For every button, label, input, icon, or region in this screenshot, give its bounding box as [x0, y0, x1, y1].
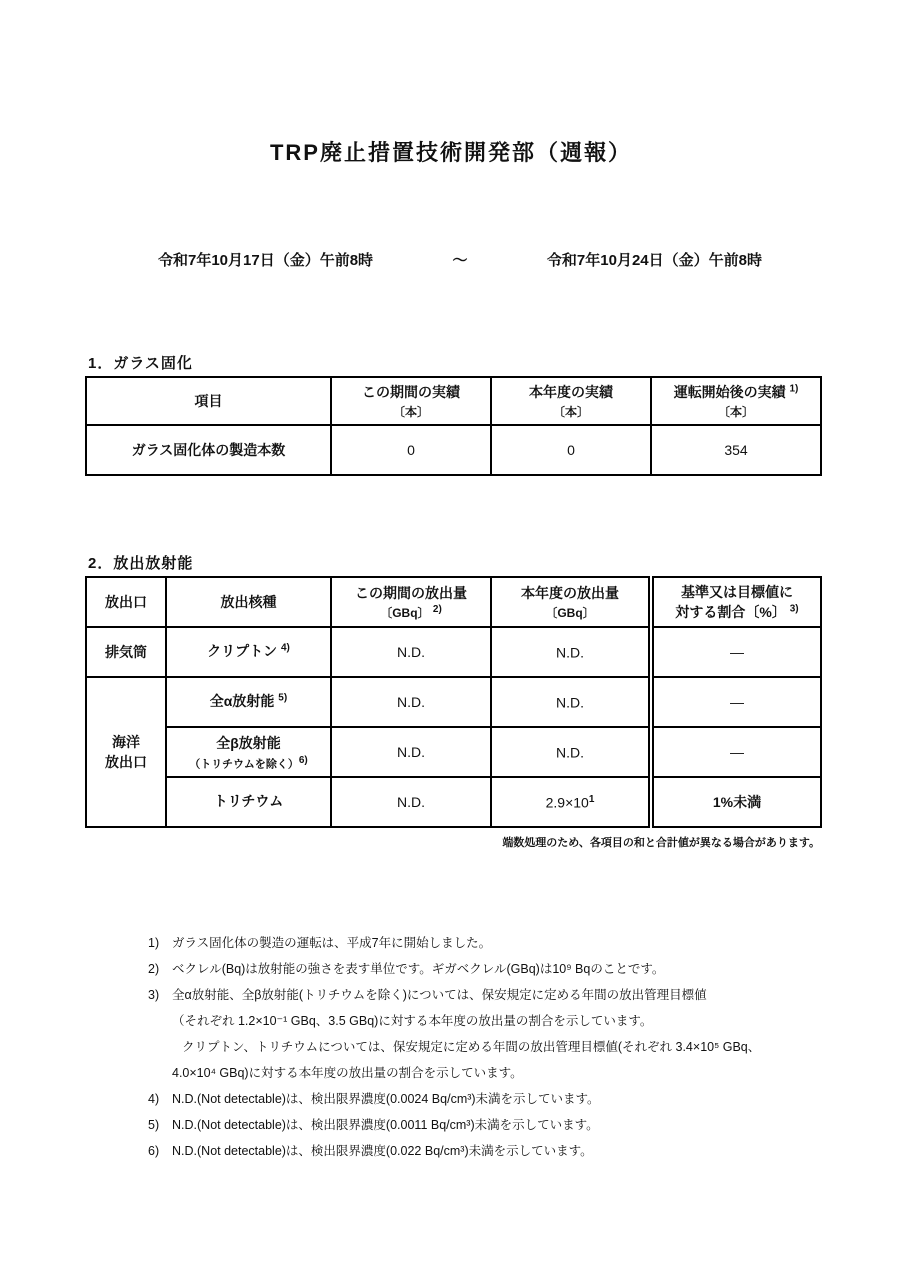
cell-year-release: N.D.: [491, 727, 651, 777]
footnotes: 1) ガラス固化体の製造の運転は、平成7年に開始しました。 2) ベクレル(Bq…: [148, 930, 838, 1164]
col-period-release: この期間の放出量 〔GBq〕 2): [331, 577, 491, 627]
cell-item-name: ガラス固化体の製造本数: [86, 425, 331, 475]
release-header-row: 放出口 放出核種 この期間の放出量 〔GBq〕 2) 本年度の放出量 〔GBq〕…: [86, 577, 821, 627]
col-total-result: 運転開始後の実績 1) 〔本〕: [651, 377, 821, 425]
footnote-2: 2) ベクレル(Bq)は放射能の強さを表す単位です。ギガベクレル(GBq)は10…: [148, 956, 838, 982]
cell-outlet-marine: 海洋 放出口: [86, 677, 166, 827]
period-separator: ～: [452, 249, 467, 270]
col-outlet: 放出口: [86, 577, 166, 627]
col-ratio: 基準又は目標値に 対する割合〔%〕 3): [651, 577, 821, 627]
vitrification-header-row: 項目 この期間の実績 〔本〕 本年度の実績 〔本〕 運転開始後の実績 1) 〔本…: [86, 377, 821, 425]
cell-nuclide: 全α放射能 5): [166, 677, 331, 727]
footnote-5: 5) N.D.(Not detectable)は、検出限界濃度(0.0011 B…: [148, 1112, 838, 1138]
footnote-6: 6) N.D.(Not detectable)は、検出限界濃度(0.022 Bq…: [148, 1138, 838, 1164]
section2-heading: 2．放出放射能: [88, 552, 193, 573]
col-period-result: この期間の実績 〔本〕: [331, 377, 491, 425]
col-nuclide: 放出核種: [166, 577, 331, 627]
cell-nuclide: トリチウム: [166, 777, 331, 827]
cell-ratio: —: [651, 627, 821, 677]
release-row-marine-tritium: トリチウム N.D. 2.9×101 1%未満: [86, 777, 821, 827]
page-title: TRP廃止措置技術開発部（週報）: [0, 136, 902, 167]
cell-period-release: N.D.: [331, 627, 491, 677]
col-year-result: 本年度の実績 〔本〕: [491, 377, 651, 425]
cell-period-value: 0: [331, 425, 491, 475]
release-table: 放出口 放出核種 この期間の放出量 〔GBq〕 2) 本年度の放出量 〔GBq〕…: [85, 576, 822, 828]
cell-total-value: 354: [651, 425, 821, 475]
cell-period-release: N.D.: [331, 777, 491, 827]
cell-ratio: 1%未満: [651, 777, 821, 827]
cell-period-release: N.D.: [331, 727, 491, 777]
col-year-release: 本年度の放出量 〔GBq〕: [491, 577, 651, 627]
period-to: 令和7年10月24日（金）午前8時: [547, 249, 762, 270]
period-from: 令和7年10月17日（金）午前8時: [158, 249, 373, 270]
release-row-stack: 排気筒 クリプトン 4) N.D. N.D. —: [86, 627, 821, 677]
vitrification-data-row: ガラス固化体の製造本数 0 0 354: [86, 425, 821, 475]
cell-period-release: N.D.: [331, 677, 491, 727]
cell-nuclide: 全β放射能 （トリチウムを除く）6): [166, 727, 331, 777]
report-period: 令和7年10月17日（金）午前8時 ～ 令和7年10月24日（金）午前8時: [158, 249, 762, 270]
footnote-3: 3) 全α放射能、全β放射能(トリチウムを除く)については、保安規定に定める年間…: [148, 982, 838, 1086]
rounding-note: 端数処理のため、各項目の和と合計値が異なる場合があります。: [85, 834, 820, 850]
release-row-marine-alpha: 海洋 放出口 全α放射能 5) N.D. N.D. —: [86, 677, 821, 727]
cell-year-value: 0: [491, 425, 651, 475]
footnote-1: 1) ガラス固化体の製造の運転は、平成7年に開始しました。: [148, 930, 838, 956]
col-item: 項目: [86, 377, 331, 425]
cell-ratio: —: [651, 727, 821, 777]
cell-outlet-stack: 排気筒: [86, 627, 166, 677]
cell-nuclide: クリプトン 4): [166, 627, 331, 677]
cell-year-release: 2.9×101: [491, 777, 651, 827]
cell-ratio: —: [651, 677, 821, 727]
report-page: TRP廃止措置技術開発部（週報） 令和7年10月17日（金）午前8時 ～ 令和7…: [0, 0, 902, 1276]
footnote-4: 4) N.D.(Not detectable)は、検出限界濃度(0.0024 B…: [148, 1086, 838, 1112]
section1-heading: 1．ガラス固化: [88, 352, 193, 373]
cell-year-release: N.D.: [491, 627, 651, 677]
cell-year-release: N.D.: [491, 677, 651, 727]
vitrification-table: 項目 この期間の実績 〔本〕 本年度の実績 〔本〕 運転開始後の実績 1) 〔本…: [85, 376, 822, 476]
release-row-marine-beta: 全β放射能 （トリチウムを除く）6) N.D. N.D. —: [86, 727, 821, 777]
